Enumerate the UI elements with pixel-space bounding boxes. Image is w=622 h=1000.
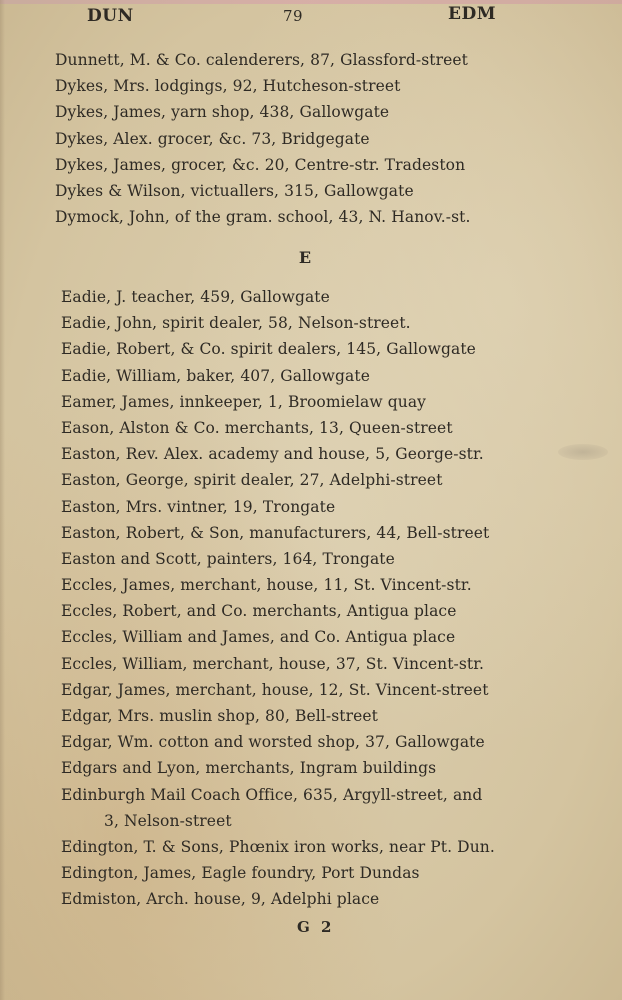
directory-entry: Edgar, James, merchant, house, 12, St. V… <box>61 677 621 703</box>
directory-entry: Edgars and Lyon, merchants, Ingram build… <box>61 755 621 781</box>
directory-entry: Edmiston, Arch. house, 9, Adelphi place <box>61 886 621 912</box>
directory-entry: Dykes & Wilson, victuallers, 315, Gallow… <box>55 178 615 204</box>
d-entries-list: Dunnett, M. & Co. calenderers, 87, Glass… <box>55 47 615 285</box>
directory-entry: Eccles, Robert, and Co. merchants, Antig… <box>61 598 621 624</box>
directory-entry: Dykes, Mrs. lodgings, 92, Hutcheson-stre… <box>55 73 615 99</box>
directory-entry: Eadie, William, baker, 407, Gallowgate <box>61 363 621 389</box>
directory-entry: Edgar, Mrs. muslin shop, 80, Bell-street <box>61 703 621 729</box>
directory-entry: Eccles, William, merchant, house, 37, St… <box>61 651 621 677</box>
directory-entry: Eccles, James, merchant, house, 11, St. … <box>61 572 621 598</box>
directory-entry: Eccles, William and James, and Co. Antig… <box>61 624 621 650</box>
directory-entry: Easton, Rev. Alex. academy and house, 5,… <box>61 441 621 467</box>
directory-entry: Easton, George, spirit dealer, 27, Adelp… <box>61 467 621 493</box>
directory-entry: Edington, T. & Sons, Phœnix iron works, … <box>61 834 621 860</box>
directory-entry: Eadie, Robert, & Co. spirit dealers, 145… <box>61 336 621 362</box>
running-head: DUN 79 EDM <box>0 4 622 30</box>
directory-entry: Eason, Alston & Co. merchants, 13, Queen… <box>61 415 621 441</box>
directory-entry: Easton, Robert, & Son, manufacturers, 44… <box>61 520 621 546</box>
directory-entry: Eadie, John, spirit dealer, 58, Nelson-s… <box>61 310 621 336</box>
running-head-left: DUN <box>87 6 134 26</box>
directory-page: DUN 79 EDM Dunnett, M. & Co. calenderers… <box>0 0 622 1000</box>
page-number: 79 <box>283 7 303 25</box>
directory-entry: Dykes, James, grocer, &c. 20, Centre-str… <box>55 152 615 178</box>
directory-entry: Easton and Scott, painters, 164, Trongat… <box>61 546 621 572</box>
directory-entry: Edinburgh Mail Coach Office, 635, Argyll… <box>61 782 621 808</box>
directory-entry: Dykes, James, yarn shop, 438, Gallowgate <box>55 99 615 125</box>
directory-entry: Eadie, J. teacher, 459, Gallowgate <box>61 284 621 310</box>
directory-entry: Dykes, Alex. grocer, &c. 73, Bridgegate <box>55 126 615 152</box>
directory-entry: Eamer, James, innkeeper, 1, Broomielaw q… <box>61 389 621 415</box>
section-letter-heading: E <box>55 230 555 285</box>
directory-entry: Edgar, Wm. cotton and worsted shop, 37, … <box>61 729 621 755</box>
running-head-right: EDM <box>448 4 496 24</box>
directory-entry: Easton, Mrs. vintner, 19, Trongate <box>61 494 621 520</box>
directory-entry: Edington, James, Eagle foundry, Port Dun… <box>61 860 621 886</box>
directory-entry: Dunnett, M. & Co. calenderers, 87, Glass… <box>55 47 615 73</box>
directory-entry: Dymock, John, of the gram. school, 43, N… <box>55 204 615 230</box>
page-left-edge <box>0 0 5 1000</box>
signature-mark: G 2 <box>297 918 334 936</box>
e-entries-list: Eadie, J. teacher, 459, Gallowgate Eadie… <box>61 284 621 913</box>
directory-entry-continuation: 3, Nelson-street <box>61 808 621 834</box>
